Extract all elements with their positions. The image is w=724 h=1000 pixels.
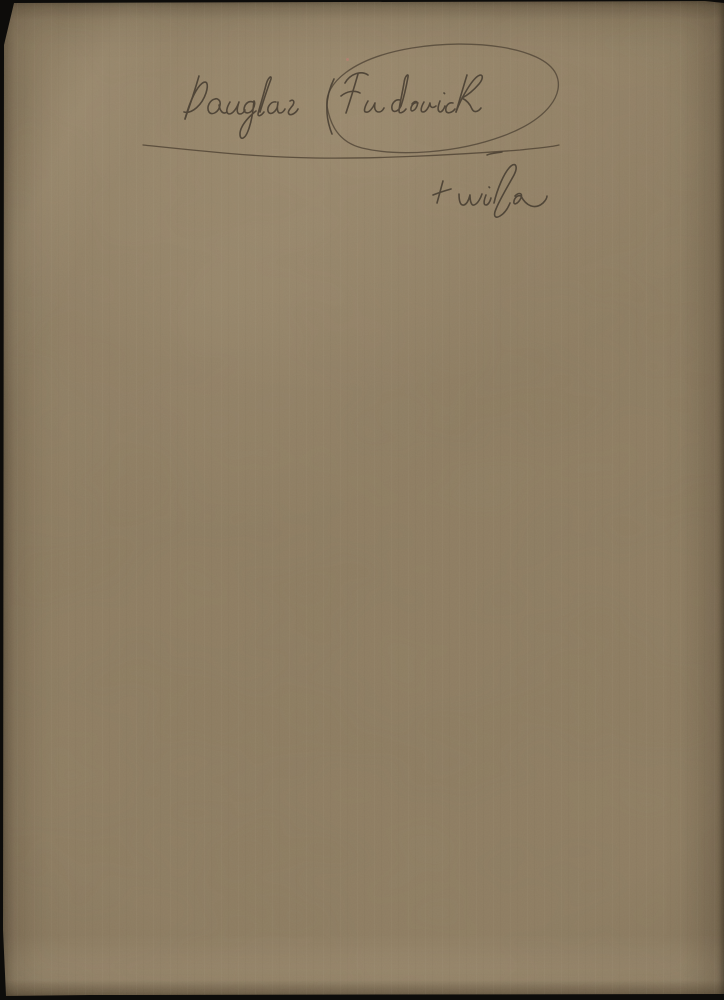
handwriting-annotation [0, 0, 724, 1000]
handwriting-frederick [341, 73, 482, 113]
oval-circle-mark [327, 44, 559, 153]
scanner-bed: Douglas (Frederick) + wife [0, 0, 724, 1000]
paper-sheet: Douglas (Frederick) + wife [0, 0, 724, 1000]
handwriting-douglas [184, 76, 298, 138]
handwriting-plus-wife [433, 165, 547, 218]
underline-stroke [143, 145, 559, 158]
